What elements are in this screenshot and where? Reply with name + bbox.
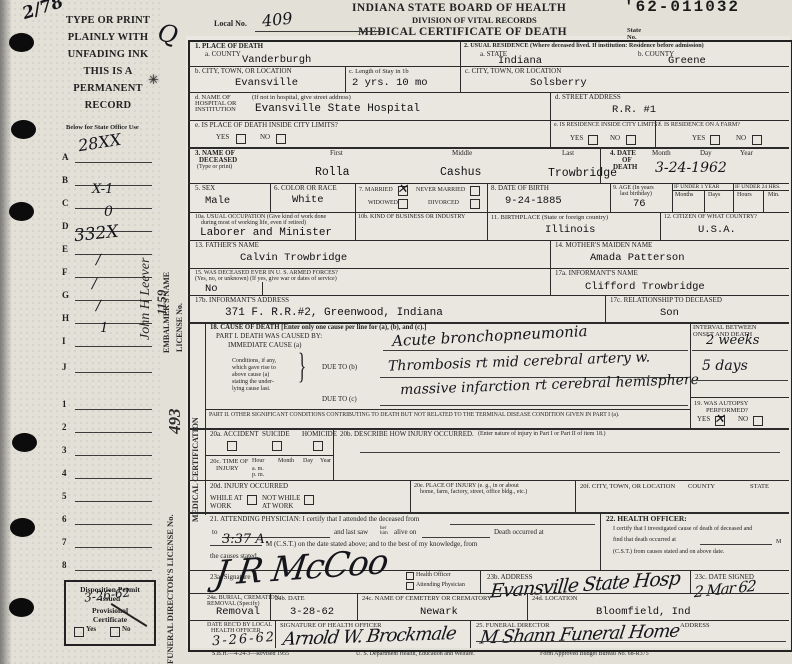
field-21-lastsaw-label: and last saw bbox=[334, 529, 368, 537]
rule bbox=[360, 452, 780, 453]
line-label: 1 bbox=[62, 399, 67, 409]
field-8-label: 8. DATE OF BIRTH bbox=[491, 185, 549, 193]
field-18-part1-label: PART I. DEATH WAS CAUSED BY: bbox=[216, 333, 322, 341]
field-20c-label2: INJURY bbox=[216, 465, 239, 472]
state-office-line-3: 3 bbox=[62, 443, 154, 463]
field-3-last-label: Last bbox=[562, 150, 574, 158]
field-20d-label: 20d. INJURY OCCURRED bbox=[210, 483, 288, 491]
field-20a-homicide-checkbox bbox=[313, 441, 323, 451]
local-no-rule bbox=[255, 31, 385, 32]
disposition-line3: Provisional bbox=[66, 606, 154, 615]
rule bbox=[188, 480, 789, 481]
field-9-value: 76 bbox=[633, 198, 646, 210]
notice-line: TYPE OR PRINT bbox=[56, 12, 160, 29]
divider bbox=[357, 593, 358, 620]
field-18-cond5: lying cause last. bbox=[232, 386, 271, 393]
line-label: F bbox=[62, 267, 68, 277]
field-21-aliveon-label: alive on bbox=[394, 529, 416, 537]
line-label: G bbox=[62, 290, 69, 300]
line-label: 4 bbox=[62, 468, 67, 478]
field-4-value: 3-24-1962 bbox=[655, 160, 727, 176]
punch-hole bbox=[9, 33, 34, 52]
divider bbox=[600, 147, 601, 183]
divider bbox=[527, 593, 528, 620]
ink-stamp-mark: ✳ bbox=[148, 72, 159, 88]
line-label: I bbox=[62, 336, 66, 346]
certificate-number-stamp: '62-011032 bbox=[624, 0, 740, 16]
rule bbox=[700, 544, 772, 545]
field-19-label2: PERFORMED? bbox=[706, 407, 748, 414]
brace: } bbox=[298, 346, 306, 388]
field-2d-value: R.R. #1 bbox=[612, 104, 656, 116]
field-2f-yes-checkbox bbox=[710, 135, 720, 145]
punch-hole bbox=[12, 433, 37, 452]
divider bbox=[610, 183, 611, 212]
field-under1-days-label: Days bbox=[708, 192, 720, 199]
field-1e-yes-label: YES bbox=[216, 134, 229, 142]
divider bbox=[262, 282, 263, 295]
divider bbox=[487, 212, 488, 240]
rule bbox=[690, 397, 789, 398]
field-20a-accident-checkbox bbox=[227, 441, 237, 451]
line-I-value: 1 bbox=[100, 321, 108, 336]
interval-b-value: 5 days bbox=[702, 358, 748, 374]
rule bbox=[450, 524, 595, 525]
field-20a-suicide-checkbox bbox=[272, 441, 282, 451]
line-label: 3 bbox=[62, 445, 67, 455]
rule bbox=[692, 380, 788, 381]
line-rule bbox=[75, 524, 152, 525]
field-20d-atwork-label: AT WORK bbox=[262, 503, 293, 511]
line-rule bbox=[75, 432, 152, 433]
field-21-line1: 21. ATTENDING PHYSICIAN: I certify that … bbox=[210, 516, 419, 524]
field-2c-stay-value: 2 yrs. 10 mo bbox=[352, 77, 428, 89]
divider bbox=[672, 183, 673, 212]
field-2-title: 2. USUAL RESIDENCE (Where deceased lived… bbox=[464, 43, 704, 50]
notice-line: THIS IS A bbox=[56, 63, 160, 80]
field-6-value: White bbox=[292, 194, 324, 206]
rule bbox=[188, 268, 789, 269]
field-11-value: Illinois bbox=[545, 224, 595, 236]
field-14-value: Amada Patterson bbox=[590, 252, 685, 264]
line-rule bbox=[75, 501, 152, 502]
line-rule bbox=[75, 162, 152, 163]
field-18-due-c-label: DUE TO (c) bbox=[322, 396, 357, 404]
rule bbox=[672, 190, 733, 191]
field-20d-while-checkbox bbox=[247, 495, 257, 505]
line-rule bbox=[75, 570, 152, 571]
divider bbox=[605, 295, 606, 322]
rule bbox=[188, 620, 789, 621]
field-1e-yes-checkbox bbox=[236, 134, 246, 144]
field-1d-value: Evansville State Hospital bbox=[255, 103, 420, 115]
divider bbox=[690, 570, 691, 593]
field-20c-year-label: Year bbox=[320, 458, 331, 465]
divider bbox=[270, 183, 271, 212]
field-1d-label3: INSTITUTION bbox=[195, 106, 236, 113]
field-1e-no-label: NO bbox=[260, 134, 270, 142]
field-12-label: 12. CITIZEN OF WHAT COUNTRY? bbox=[664, 214, 757, 221]
line-label: 8 bbox=[62, 560, 67, 570]
field-17c-value: Son bbox=[660, 307, 679, 319]
field-4-day-label: Day bbox=[700, 150, 712, 158]
field-2e-yes-label: YES bbox=[570, 135, 583, 143]
header-title1: INDIANA STATE BOARD OF HEALTH bbox=[352, 2, 566, 15]
divider bbox=[704, 190, 705, 212]
field-22-line4: (C.S.T.) from causes stated and on above… bbox=[613, 549, 724, 556]
field-18-cond4: stating the under- bbox=[232, 379, 274, 386]
header-title3: MEDICAL CERTIFICATE OF DEATH bbox=[358, 26, 567, 39]
field-20c-month-label: Month bbox=[278, 458, 294, 465]
rule bbox=[188, 240, 789, 241]
state-office-line-5: 5 bbox=[62, 489, 154, 509]
field-15-value: No bbox=[205, 283, 218, 295]
type-or-print-notice: TYPE OR PRINT PLAINLY WITH UNFADING INK … bbox=[56, 12, 160, 114]
disposition-yes-label: Yes bbox=[86, 626, 96, 634]
line-label: 5 bbox=[62, 491, 67, 501]
rule bbox=[476, 641, 786, 642]
field-7-married-label: 7. MARRIED bbox=[359, 187, 393, 194]
field-18-cond2: which gave rise to bbox=[232, 365, 276, 372]
field-7-widowed-label: WIDOWED bbox=[368, 200, 398, 207]
divider bbox=[480, 570, 481, 593]
divider bbox=[575, 480, 576, 512]
field-23a-ho-checkbox bbox=[406, 572, 414, 580]
field-24c-value: Newark bbox=[420, 606, 458, 618]
field-18-cond1: Conditions, if any, bbox=[232, 358, 276, 365]
field-1d-note: (If not in hospital, give street address… bbox=[252, 94, 351, 101]
field-10a-label2: during most of working life, even if ret… bbox=[201, 220, 306, 227]
field-2c-label: c. CITY, TOWN, OR LOCATION bbox=[465, 68, 561, 76]
field-25-address-label: ADDRESS bbox=[680, 622, 710, 629]
line-rule bbox=[75, 409, 152, 410]
field-13-value: Calvin Trowbridge bbox=[240, 252, 347, 264]
line-label: C bbox=[62, 198, 69, 208]
field-17a-label: 17a. INFORMANT'S NAME bbox=[555, 270, 638, 278]
rule bbox=[188, 212, 789, 213]
line-rule bbox=[75, 478, 152, 479]
divider bbox=[763, 190, 764, 212]
state-office-line-6: 6 bbox=[62, 512, 154, 532]
field-1e-label: e. IS PLACE OF DEATH INSIDE CITY LIMITS? bbox=[195, 122, 338, 130]
field-21-him-label: him bbox=[380, 531, 388, 537]
field-23a-ap-checkbox bbox=[406, 582, 414, 590]
field-17b-label: 17b. INFORMANT'S ADDRESS bbox=[195, 297, 289, 305]
line-rule bbox=[75, 455, 152, 456]
line-F-value: ∕ bbox=[96, 252, 101, 268]
field-20f-label: 20f. CITY, TOWN, OR LOCATION bbox=[580, 483, 675, 490]
death-certificate-scan: 2∕78 TYPE OR PRINT PLAINLY WITH UNFADING… bbox=[0, 0, 792, 664]
divider bbox=[355, 183, 356, 212]
field-23a-ho-label: Health Officer bbox=[416, 572, 451, 579]
field-15-label2: (Yes, no, or unknown) (If yes, give war … bbox=[195, 276, 337, 283]
line-G-value: ∕ bbox=[92, 276, 97, 292]
punch-hole bbox=[11, 120, 36, 139]
field-3-title3: (Type or print) bbox=[197, 164, 232, 171]
rule bbox=[380, 405, 688, 406]
funeral-director-license-vertical-label: FUNERAL DIRECTOR'S LICENSE No. bbox=[165, 452, 175, 664]
field-7-married-checkbox bbox=[398, 186, 408, 196]
line-rule bbox=[75, 547, 152, 548]
field-20a-suicide-label: SUICIDE bbox=[262, 431, 290, 439]
field-20d-work-label: WORK bbox=[210, 503, 231, 511]
divider bbox=[333, 428, 334, 480]
field-21-death-label: Death occurred at bbox=[494, 529, 544, 537]
rule bbox=[188, 512, 789, 514]
line-label: 6 bbox=[62, 514, 67, 524]
field-1e-no-checkbox bbox=[276, 134, 286, 144]
line-rule bbox=[75, 346, 152, 347]
divider bbox=[660, 212, 661, 240]
rule bbox=[733, 190, 789, 191]
field-2c-stay-label: c. Length of Stay in 1b bbox=[349, 68, 409, 75]
field-19-yes-label: YES bbox=[697, 416, 710, 424]
field-7-widowed-checkbox bbox=[398, 199, 408, 209]
disposition-yes-checkbox bbox=[74, 627, 84, 637]
field-18-title: 18. CAUSE OF DEATH [Enter only one cause… bbox=[210, 324, 426, 332]
notice-line: RECORD bbox=[56, 97, 160, 114]
divider bbox=[600, 512, 601, 570]
rule bbox=[188, 147, 789, 149]
field-20f-county-label: COUNTY bbox=[688, 483, 715, 490]
field-2e-yes-checkbox bbox=[588, 135, 598, 145]
footer-department: U. S. Department Health, Education and W… bbox=[356, 651, 475, 658]
field-4-year-label: Year bbox=[740, 150, 753, 158]
field-3-last-value: Trowbridge bbox=[548, 167, 617, 180]
state-office-line-J: J bbox=[62, 360, 154, 380]
divider bbox=[275, 620, 276, 648]
divider bbox=[470, 620, 471, 648]
field-2e-label: e. IS RESIDENCE INSIDE CITY LIMITS? bbox=[554, 122, 660, 129]
field-20b-note: (Enter nature of injury in Part I or Par… bbox=[478, 431, 605, 438]
field-4-title3: DEATH bbox=[613, 164, 637, 172]
field-1a-label: a. COUNTY bbox=[205, 51, 241, 59]
divider bbox=[270, 593, 271, 620]
line-label: H bbox=[62, 313, 69, 323]
embalmers-license-vertical-label: LICENSE No. bbox=[175, 252, 184, 352]
line-label: E bbox=[62, 244, 68, 254]
rule bbox=[692, 350, 788, 351]
divider bbox=[355, 212, 356, 240]
field-2c-value: Solsberry bbox=[530, 77, 587, 89]
clerk-q-mark: Q bbox=[155, 18, 180, 49]
field-8-value: 9-24-1885 bbox=[505, 195, 562, 207]
field-20a-homicide-label: HOMICIDE bbox=[302, 431, 337, 439]
field-13-label: 13. FATHER'S NAME bbox=[195, 242, 259, 250]
field-3-middle-value: Cashus bbox=[440, 166, 481, 179]
field-5-label: 5. SEX bbox=[195, 185, 215, 193]
field-2f-no-label: NO bbox=[736, 135, 746, 143]
local-no-label: Local No. bbox=[214, 20, 247, 29]
divider bbox=[410, 480, 411, 512]
field-20d-notwhile-checkbox bbox=[304, 495, 314, 505]
field-20c-pm-label: p. m. bbox=[252, 472, 264, 479]
field-18-part2-label: PART II. OTHER SIGNIFICANT CONDITIONS CO… bbox=[209, 412, 619, 418]
line-D-value: 0 bbox=[104, 204, 113, 220]
field-2d-label: d. STREET ADDRESS bbox=[555, 94, 621, 102]
field-3-first-label: First bbox=[330, 150, 343, 158]
field-14-label: 14. MOTHER'S MAIDEN NAME bbox=[555, 242, 652, 250]
field-17b-value: 371 F. R.R.#2, Greenwood, Indiana bbox=[225, 307, 443, 319]
field-2f-no-checkbox bbox=[752, 135, 762, 145]
line-C-value: X-1 bbox=[92, 182, 113, 197]
field-18-cond3: above cause (a) bbox=[232, 372, 269, 379]
field-7-divorced-checkbox bbox=[470, 199, 480, 209]
field-7-never-checkbox bbox=[470, 186, 480, 196]
rule bbox=[205, 409, 690, 410]
field-18-immediate-label: IMMEDIATE CAUSE (a) bbox=[228, 342, 302, 350]
field-24b-value: 3-28-62 bbox=[290, 606, 334, 618]
field-10b-label: 10b. KIND OF BUSINESS OR INDUSTRY bbox=[358, 214, 465, 221]
field-2e-no-checkbox bbox=[626, 135, 636, 145]
divider bbox=[345, 66, 346, 92]
field-under24-hours-label: Hours bbox=[737, 192, 752, 199]
field-7-never-label: NEVER MARRIED bbox=[416, 187, 465, 194]
field-11-label: 11. BIRTHPLACE (State or foreign country… bbox=[491, 214, 608, 221]
field-20f-state-label: STATE bbox=[750, 483, 769, 490]
state-office-line-2: 2 bbox=[62, 420, 154, 440]
divider bbox=[487, 183, 488, 212]
page-edge-shadow bbox=[0, 0, 12, 664]
disposition-no-checkbox bbox=[110, 627, 120, 637]
punch-hole bbox=[10, 518, 35, 537]
field-18-due-b-label: DUE TO (b) bbox=[322, 364, 357, 372]
clerk-signature-vertical: John H Leever bbox=[138, 165, 154, 340]
field-7-divorced-label: DIVORCED bbox=[428, 200, 459, 207]
field-2e-no-label: NO bbox=[610, 135, 620, 143]
interval-a-value: 2 weeks bbox=[706, 333, 759, 348]
field-under24-min-label: Min. bbox=[768, 192, 780, 199]
line-label: J bbox=[62, 362, 67, 372]
field-1b-value: Evansville bbox=[235, 77, 298, 89]
rule bbox=[422, 537, 490, 538]
field-2f-label: f. IS RESIDENCE ON A FARM? bbox=[659, 122, 740, 129]
field-12-value: U.S.A. bbox=[698, 224, 736, 236]
field-23a-ap-label: Attending Physician bbox=[416, 582, 465, 589]
field-24d-label: 24d. LOCATION bbox=[532, 595, 578, 602]
field-21-to-label: to bbox=[212, 529, 217, 537]
field-22-line2: I certify that I investigated cause of d… bbox=[613, 526, 752, 533]
state-office-line-4: 4 bbox=[62, 466, 154, 486]
field-22-line1: 22. HEALTH OFFICER: bbox=[606, 515, 687, 523]
rule bbox=[205, 455, 333, 456]
field-19-no-checkbox bbox=[753, 416, 763, 426]
notice-line: PERMANENT bbox=[56, 80, 160, 97]
state-office-line-1: 1 bbox=[62, 397, 154, 417]
line-rule bbox=[75, 372, 152, 373]
field-24d-value: Bloomfield, Ind bbox=[596, 606, 691, 618]
divider bbox=[733, 183, 734, 212]
notice-line: UNFADING INK bbox=[56, 46, 160, 63]
line-label: B bbox=[62, 175, 68, 185]
local-no-value: 409 bbox=[261, 8, 293, 30]
field-2f-yes-label: YES bbox=[692, 135, 705, 143]
state-office-line-7: 7 bbox=[62, 535, 154, 555]
field-4-month-label: Month bbox=[652, 150, 671, 158]
line-label: 2 bbox=[62, 422, 67, 432]
field-1a-value: Vanderburgh bbox=[242, 54, 311, 66]
disposition-no-label: No bbox=[122, 626, 131, 634]
field-20c-hour-label: Hour bbox=[252, 458, 264, 465]
line-label: 7 bbox=[62, 537, 67, 547]
funeral-license-number: 493 bbox=[165, 386, 185, 434]
field-19-yes-checkbox bbox=[715, 416, 725, 426]
punch-hole bbox=[9, 598, 34, 617]
footer-form-number: S.B.H.—4-24-3—Revised 1955 bbox=[212, 651, 289, 658]
field-17a-value: Clifford Trowbridge bbox=[585, 281, 705, 293]
field-under1-months-label: Months bbox=[675, 192, 693, 199]
field-22-m-label: M bbox=[776, 539, 781, 546]
field-20c-day-label: Day bbox=[303, 458, 313, 465]
field-24b-label: 24b. DATE bbox=[275, 595, 305, 602]
state-office-heading: Below for State Office Use bbox=[66, 124, 139, 131]
footer-budget-bureau: Form Approved Budget Bureau No. 68-R375 bbox=[540, 651, 649, 658]
notice-line: PLAINLY WITH bbox=[56, 29, 160, 46]
field-20a-accident-label: 20a. ACCIDENT bbox=[210, 431, 259, 439]
field-24c-label: 24c. NAME OF CEMETERY OR CREMATORY bbox=[362, 595, 492, 602]
rule bbox=[188, 593, 789, 594]
field-1b-label: b. CITY, TOWN, OR LOCATION bbox=[195, 68, 292, 76]
field-9-label2: last birthday) bbox=[620, 191, 652, 198]
embalmers-name-vertical-label: EMBALMER'S NAME bbox=[162, 228, 171, 353]
line-H-value: ∕ bbox=[96, 298, 101, 314]
field-3-first-value: Rolla bbox=[315, 166, 350, 179]
divider bbox=[205, 322, 206, 515]
field-5-value: Male bbox=[205, 195, 230, 207]
state-office-line-8: 8 bbox=[62, 558, 154, 578]
field-20b-label: 20b. DESCRIBE HOW INJURY OCCURRED. bbox=[340, 431, 474, 439]
field-17c-label: 17c. RELATIONSHIP TO DECEASED bbox=[610, 297, 722, 305]
rule bbox=[188, 92, 789, 93]
line-label: D bbox=[62, 221, 69, 231]
divider bbox=[655, 120, 656, 147]
header-title2: DIVISION OF VITAL RECORDS bbox=[412, 16, 537, 26]
field-21-time-value: 3:37 A. bbox=[222, 532, 269, 547]
field-20e-label2: home, farm, factory, street, office bldg… bbox=[420, 489, 527, 496]
field-19-no-label: NO bbox=[738, 416, 748, 424]
line-label: A bbox=[62, 152, 69, 162]
field-3-middle-label: Middle bbox=[452, 150, 472, 158]
punch-hole bbox=[9, 202, 34, 221]
field-6-label: 6. COLOR OR RACE bbox=[274, 185, 337, 193]
field-10a-value: Laborer and Minister bbox=[200, 227, 332, 239]
field-22-line3: find that death occurred at bbox=[613, 537, 676, 544]
field-24a-value: Removal bbox=[216, 606, 260, 618]
